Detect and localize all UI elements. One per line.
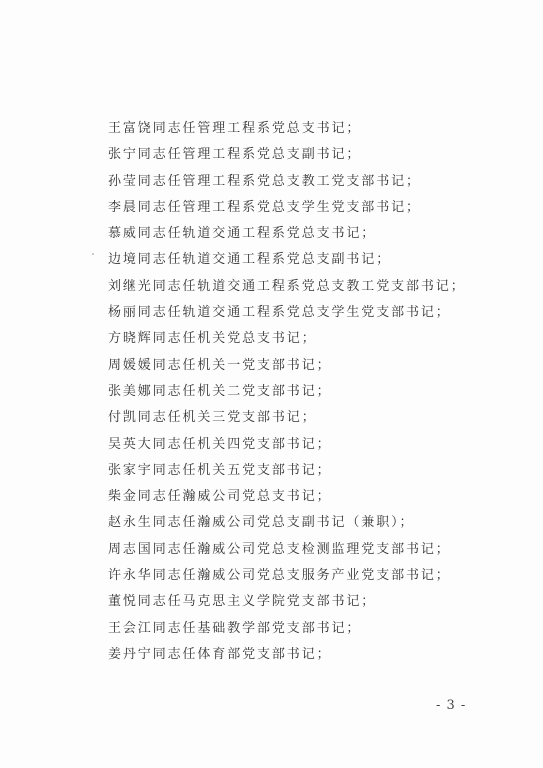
appointment-line: 杨丽同志任轨道交通工程系党总支学生党支部书记； [108, 300, 466, 326]
appointment-line: 王富饶同志任管理工程系党总支书记； [108, 116, 466, 142]
appointment-line: 许永华同志任瀚威公司党总支服务产业党支部书记； [108, 563, 466, 589]
scan-speck [92, 253, 94, 255]
appointment-line: 周媛媛同志任机关一党支部书记； [108, 353, 466, 379]
appointment-line: 吴英大同志任机关四党支部书记； [108, 432, 466, 458]
appointment-line: 方晓辉同志任机关党总支书记； [108, 326, 466, 352]
appointment-line: 周志国同志任瀚威公司党总支检测监理党支部书记； [108, 537, 466, 563]
appointment-line: 张家宇同志任机关五党支部书记； [108, 458, 466, 484]
appointment-line: 柴金同志任瀚威公司党总支书记； [108, 484, 466, 510]
appointment-line: 赵永生同志任瀚威公司党总支副书记（兼职）； [108, 510, 466, 536]
appointment-line: 李晨同志任管理工程系党总支学生党支部书记； [108, 195, 466, 221]
appointment-line: 张宁同志任管理工程系党总支副书记； [108, 142, 466, 168]
appointment-line: 董悦同志任马克思主义学院党支部书记； [108, 589, 466, 615]
page-number: - 3 - [436, 698, 466, 713]
document-page: 王富饶同志任管理工程系党总支书记； 张宁同志任管理工程系党总支副书记； 孙莹同志… [0, 0, 543, 768]
appointment-line: 张美娜同志任机关二党支部书记； [108, 379, 466, 405]
appointment-line: 边境同志任轨道交通工程系党总支副书记； [108, 247, 466, 273]
appointment-line: 付凯同志任机关三党支部书记； [108, 405, 466, 431]
appointment-line: 孙莹同志任管理工程系党总支教工党支部书记； [108, 169, 466, 195]
appointment-line: 姜丹宁同志任体育部党支部书记； [108, 642, 466, 668]
appointment-line: 刘继光同志任轨道交通工程系党总支教工党支部书记； [108, 274, 466, 300]
appointment-line: 慕威同志任轨道交通工程系党总支书记； [108, 221, 466, 247]
appointment-list: 王富饶同志任管理工程系党总支书记； 张宁同志任管理工程系党总支副书记； 孙莹同志… [108, 116, 466, 668]
appointment-line: 王会江同志任基础教学部党支部书记； [108, 616, 466, 642]
